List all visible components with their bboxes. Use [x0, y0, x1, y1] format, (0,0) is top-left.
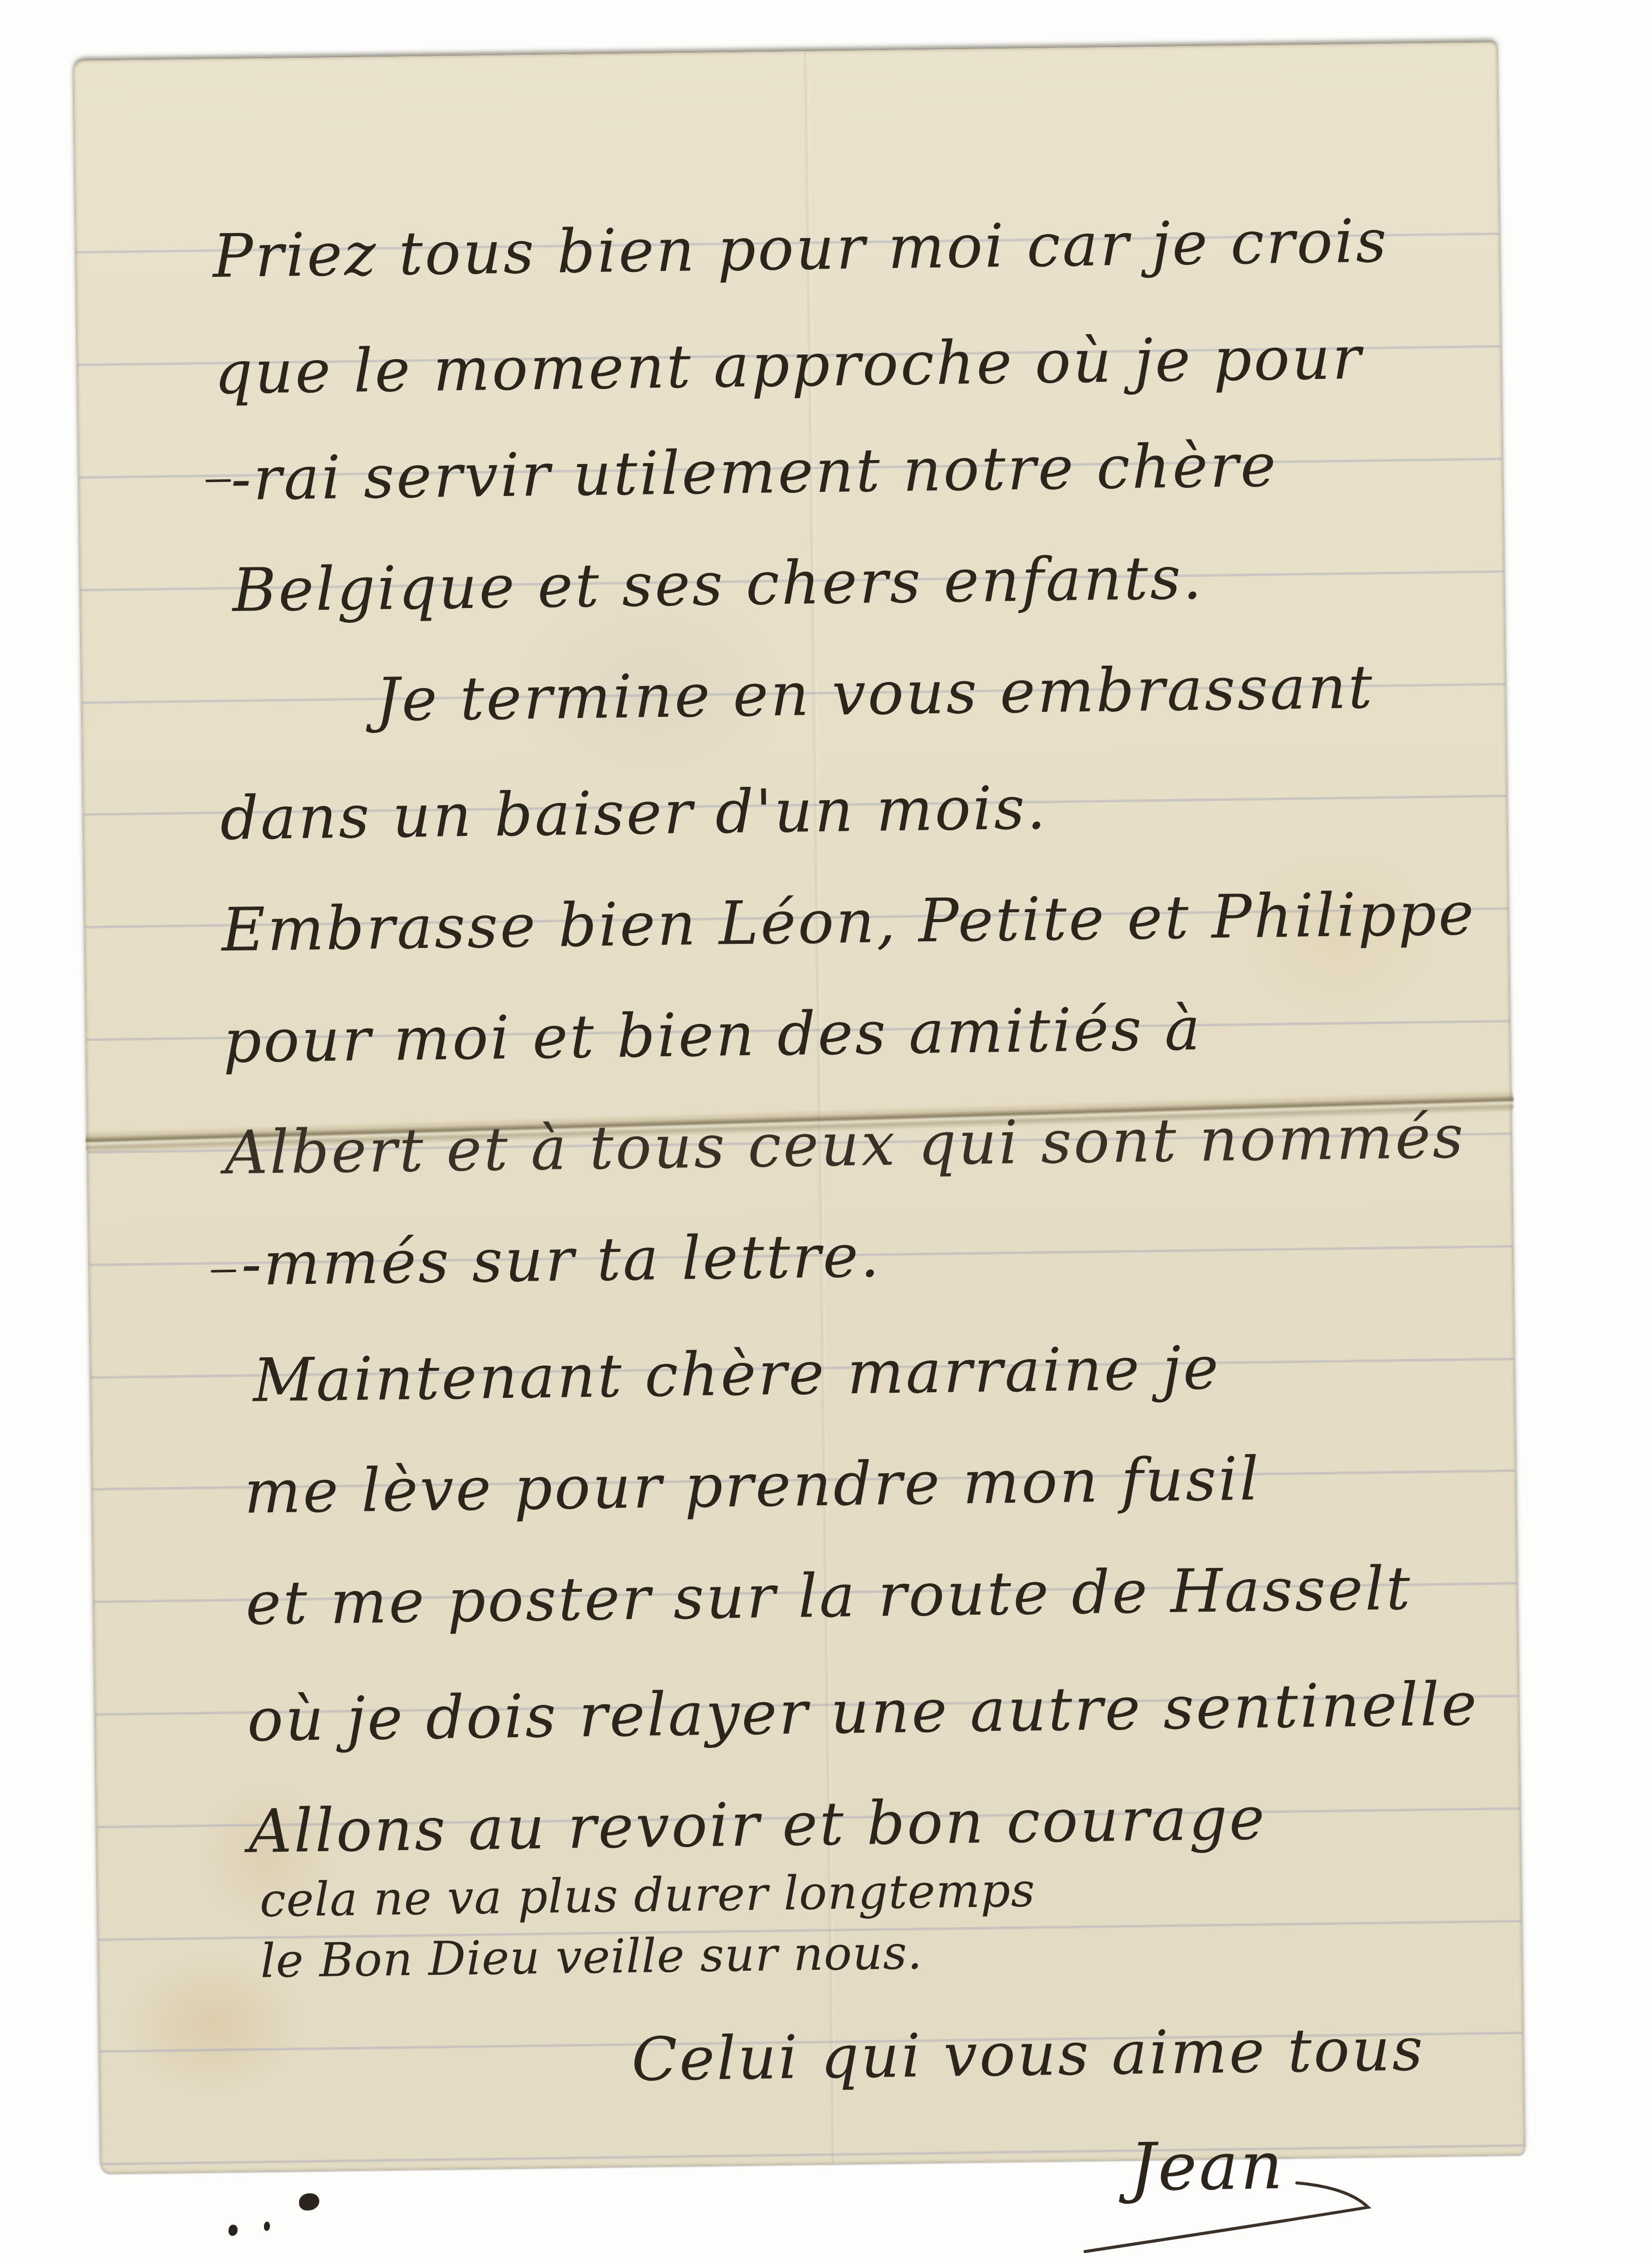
letter-line-9: Albert et à tous ceux qui sont nommés [224, 1106, 1466, 1182]
letter-line-1: Priez tous bien pour moi car je crois [212, 211, 1389, 286]
hyphen-mark [206, 479, 231, 482]
letter-line-16: cela ne va plus durer longtemps [259, 1867, 1035, 1924]
letter-line-4: Belgique et ses chers enfants. [232, 548, 1204, 620]
letter-line-14: où je dois relayer une autre sentinelle [247, 1674, 1479, 1750]
letter-line-7: Embrasse bien Léon, Petite et Philippe [221, 884, 1476, 960]
letter-line-13: et me poster sur la route de Hasselt [245, 1558, 1412, 1633]
hyphen-mark [211, 1270, 236, 1273]
letter-line-10: -mmés sur ta lettre. [241, 1226, 881, 1294]
signature-flourish [1063, 2151, 1419, 2257]
letter-sheet: Priez tous bien pour moi car je crois qu… [73, 42, 1524, 2173]
closing-line: Celui qui vous aime tous [631, 2019, 1425, 2089]
letter-line-11: Maintenant chère marraine je [252, 1338, 1220, 1410]
letter-line-15: Allons au revoir et bon courage [248, 1788, 1267, 1861]
letter-body: Priez tous bien pour moi car je crois qu… [73, 42, 1524, 2173]
letter-line-2: que le moment approche où je pour [214, 328, 1363, 403]
letter-line-8: pour moi et bien des amitiés à [223, 999, 1203, 1071]
letter-line-17: le Bon Dieu veille sur nous. [260, 1929, 923, 1984]
letter-line-3: -rai servir utilement notre chère [230, 435, 1278, 509]
letter-line-12: me lève pour prendre mon fusil [244, 1449, 1261, 1522]
letter-line-5: Je termine en vous embrassant [375, 657, 1375, 730]
letter-line-6: dans un baiser d'un mois. [220, 778, 1048, 848]
